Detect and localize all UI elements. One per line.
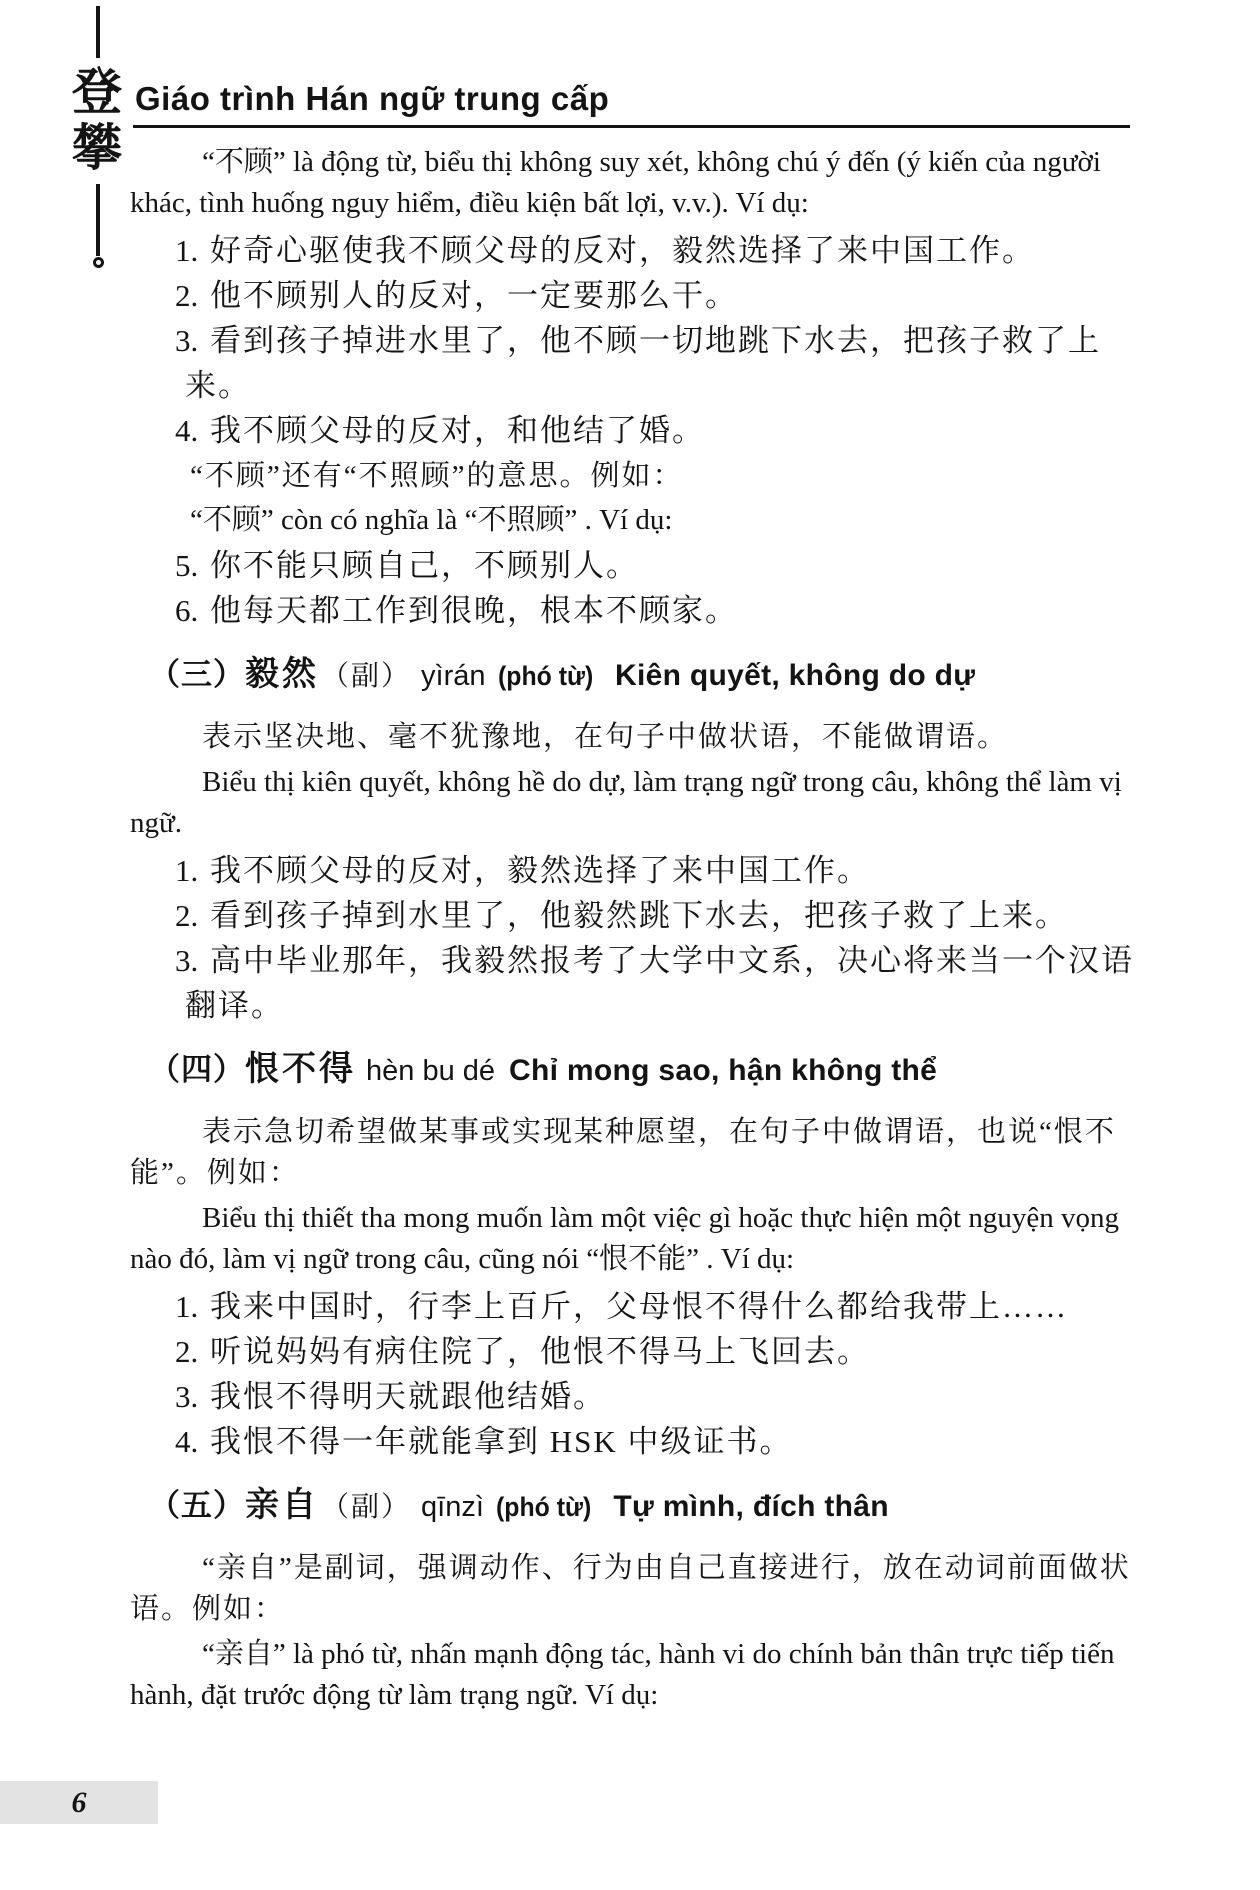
example-item: 4.我恨不得一年就能拿到 HSK 中级证书。	[130, 1419, 1135, 1464]
usage-note-zh: “不顾”还有“不照顾”的意思。例如：	[130, 455, 1135, 497]
example-item: 3.看到孩子掉进水里了，他不顾一切地跳下水去，把孩子救了上来。	[130, 318, 1135, 408]
section3-example-list: 1.我不顾父母的反对，毅然选择了来中国工作。 2.看到孩子掉到水里了，他毅然跳下…	[130, 848, 1135, 1028]
example-item: 3.我恨不得明天就跟他结婚。	[130, 1374, 1135, 1419]
section-headword: 恨不得	[245, 1046, 356, 1094]
textbook-page: 登 攀 Giáo trình Hán ngữ trung cấp “不顾” là…	[0, 0, 1260, 1890]
section-heading-5: （五）亲自（副）qīnzì(phó từ)Tự mình, đích thân	[149, 1482, 1135, 1536]
example-number: 2.	[175, 893, 210, 938]
example-item: 3.高中毕业那年，我毅然报考了大学中文系，决心将来当一个汉语翻译。	[130, 938, 1135, 1028]
example-text: 我来中国时，行李上百斤，父母恨不得什么都给我带上……	[210, 1289, 1068, 1324]
example-item: 2.听说妈妈有病住院了，他恨不得马上飞回去。	[130, 1329, 1135, 1374]
section-heading-4: （四）恨不得hèn bu déChỉ mong sao, hận không t…	[149, 1046, 1135, 1100]
section-pinyin: qīnzì	[421, 1483, 484, 1531]
section-marker: （三）	[149, 651, 245, 699]
section-pos-zh: （副）	[321, 653, 411, 701]
example-number: 4.	[175, 1419, 210, 1464]
section-explanation-zh: “亲自”是副词，强调动作、行为由自己直接进行，放在动词前面做状语。例如：	[130, 1548, 1135, 1630]
example-text: 听说妈妈有病住院了，他恨不得马上飞回去。	[210, 1334, 870, 1369]
section-gloss-vn: Tự mình, đích thân	[613, 1483, 888, 1531]
example-number: 2.	[175, 1329, 210, 1374]
page-title: Giáo trình Hán ngữ trung cấp	[135, 80, 609, 118]
section-gloss-vn: Kiên quyết, không do dự	[615, 652, 975, 700]
section-explanation-zh: 表示急切希望做某事或实现某种愿望，在句子中做谓语，也说“恨不能”。例如：	[130, 1112, 1135, 1194]
example-number: 3.	[175, 318, 210, 363]
section-explanation-vn: Biểu thị kiên quyết, không hề do dự, làm…	[130, 762, 1135, 844]
page-content: “不顾” là động từ, biểu thị không suy xét,…	[130, 142, 1135, 1720]
logo-top-rule	[96, 6, 100, 58]
logo-char-top: 登	[72, 64, 124, 120]
section-gloss-vn: Chỉ mong sao, hận không thể	[509, 1047, 937, 1095]
example-item: 2.看到孩子掉到水里了，他毅然跳下水去，把孩子救了上来。	[130, 893, 1135, 938]
example-text: 我不顾父母的反对，毅然选择了来中国工作。	[210, 853, 870, 888]
section-explanation-vn: Biểu thị thiết tha mong muốn làm một việ…	[130, 1198, 1135, 1280]
page-number: 6	[72, 1786, 87, 1820]
section-explanation-zh: 表示坚决地、毫不犹豫地，在句子中做状语，不能做谓语。	[130, 717, 1135, 758]
section-pos-zh: （副）	[321, 1484, 411, 1532]
example-item: 4.我不顾父母的反对，和他结了婚。	[130, 408, 1135, 453]
example-number: 3.	[175, 938, 210, 983]
section-marker: （四）	[149, 1046, 245, 1094]
intro-example-list-2: 5.你不能只顾自己，不顾别人。 6.他每天都工作到很晚，根本不顾家。	[130, 543, 1135, 633]
example-text: 他每天都工作到很晚，根本不顾家。	[210, 593, 738, 628]
intro-definition: “不顾” là động từ, biểu thị không suy xét,…	[130, 142, 1135, 224]
section-pos-vn: (phó từ)	[498, 652, 593, 700]
example-item: 2.他不顾别人的反对，一定要那么干。	[130, 273, 1135, 318]
example-text: 你不能只顾自己，不顾别人。	[210, 548, 639, 583]
example-item: 5.你不能只顾自己，不顾别人。	[130, 543, 1135, 588]
example-text: 看到孩子掉进水里了，他不顾一切地跳下水去，把孩子救了上来。	[185, 323, 1101, 403]
example-text: 我恨不得一年就能拿到 HSK 中级证书。	[210, 1424, 793, 1459]
section-marker: （五）	[149, 1482, 245, 1530]
logo-ring-icon	[93, 257, 104, 268]
example-item: 1.我不顾父母的反对，毅然选择了来中国工作。	[130, 848, 1135, 893]
brand-logo: 登 攀	[62, 6, 134, 268]
example-item: 6.他每天都工作到很晚，根本不顾家。	[130, 588, 1135, 633]
intro-example-list: 1.好奇心驱使我不顾父母的反对，毅然选择了来中国工作。 2.他不顾别人的反对，一…	[130, 228, 1135, 453]
example-number: 1.	[175, 1284, 210, 1329]
example-number: 2.	[175, 273, 210, 318]
usage-note-vn: “不顾” còn có nghĩa là “不照顾” . Ví dụ:	[130, 499, 1135, 541]
header-rule	[133, 125, 1130, 128]
logo-char-bottom: 攀	[72, 120, 124, 176]
example-text: 看到孩子掉到水里了，他毅然跳下水去，把孩子救了上来。	[210, 898, 1068, 933]
section-headword: 亲自	[245, 1482, 319, 1530]
section-pinyin: hèn bu dé	[366, 1047, 495, 1095]
example-text: 好奇心驱使我不顾父母的反对，毅然选择了来中国工作。	[210, 233, 1035, 268]
example-text: 我不顾父母的反对，和他结了婚。	[210, 413, 705, 448]
section-pinyin: yìrán	[421, 652, 485, 700]
section4-example-list: 1.我来中国时，行李上百斤，父母恨不得什么都给我带上…… 2.听说妈妈有病住院了…	[130, 1284, 1135, 1464]
example-number: 1.	[175, 848, 210, 893]
example-number: 5.	[175, 543, 210, 588]
example-number: 1.	[175, 228, 210, 273]
section-explanation-vn: “亲自” là phó từ, nhấn mạnh động tác, hành…	[130, 1634, 1135, 1716]
page-number-box: 6	[0, 1781, 158, 1824]
example-text: 高中毕业那年，我毅然报考了大学中文系，决心将来当一个汉语翻译。	[185, 943, 1134, 1023]
example-text: 我恨不得明天就跟他结婚。	[210, 1379, 606, 1414]
example-number: 3.	[175, 1374, 210, 1419]
example-number: 4.	[175, 408, 210, 453]
section-pos-vn: (phó từ)	[496, 1483, 591, 1531]
example-item: 1.好奇心驱使我不顾父母的反对，毅然选择了来中国工作。	[130, 228, 1135, 273]
section-heading-3: （三）毅然（副）yìrán(phó từ)Kiên quyết, không d…	[149, 651, 1135, 705]
logo-bottom-rule	[96, 184, 100, 256]
example-text: 他不顾别人的反对，一定要那么干。	[210, 278, 738, 313]
example-number: 6.	[175, 588, 210, 633]
section-headword: 毅然	[245, 651, 319, 699]
example-item: 1.我来中国时，行李上百斤，父母恨不得什么都给我带上……	[130, 1284, 1135, 1329]
